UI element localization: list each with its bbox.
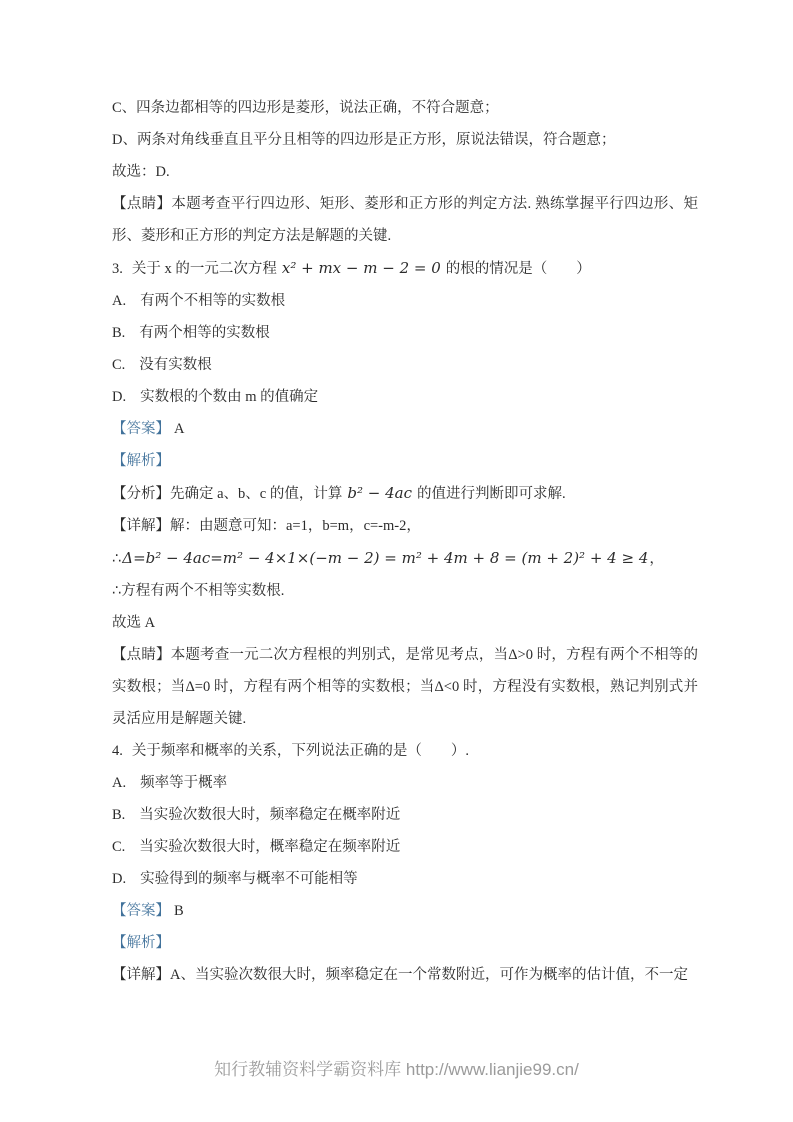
document-page: C、四条边都相等的四边形是菱形，说法正确，不符合题意； D、两条对角线垂直且平分…: [0, 0, 793, 1122]
prev-choose-line: 故选：D.: [112, 156, 698, 188]
answer-label: 【答案】: [112, 421, 170, 437]
discriminant-formula: Δ=b² − 4ac=m² − 4×1×(−m − 2) = m² + 4m +…: [122, 549, 648, 567]
analysis-text-suffix: 的值进行判断即可求解.: [417, 486, 566, 502]
explanation-label: 【解析】: [112, 453, 170, 469]
q3-option-d: D.实数根的个数由 m 的值确定: [112, 381, 698, 413]
q3-answer-line: 【答案】A: [112, 413, 698, 445]
q3-option-a: A.有两个不相等的实数根: [112, 285, 698, 317]
option-text: 实验得到的频率与概率不可能相等: [140, 871, 358, 887]
option-label: A.: [112, 293, 126, 309]
option-label: D.: [112, 389, 126, 405]
remark-text: 本题考查一元二次方程根的判别式，是常见考点，当Δ>0 时，方程有两个不相等的实数…: [112, 647, 698, 727]
option-label: B.: [112, 325, 125, 341]
detail-label: 【详解】: [112, 967, 170, 983]
option-text: 有两个相等的实数根: [139, 325, 270, 341]
stem-text: 关于 x 的一元二次方程: [132, 261, 277, 277]
option-text: 当实验次数很大时，概率稳定在频率附近: [139, 839, 400, 855]
option-text: 实数根的个数由 m 的值确定: [140, 389, 318, 405]
q3-delta-formula-line: ∴Δ=b² − 4ac=m² − 4×1×(−m − 2) = m² + 4m …: [112, 542, 698, 575]
detail-label: 【详解】: [112, 518, 170, 534]
prev-remark-paragraph: 【点睛】本题考查平行四边形、矩形、菱形和正方形的判定方法. 熟练掌握平行四边形、…: [112, 188, 698, 252]
option-label: D.: [112, 871, 126, 887]
analysis-label: 【分析】: [112, 486, 170, 502]
q3-detail-line: 【详解】解：由题意可知：a=1，b=m，c=-m-2，: [112, 510, 698, 542]
stem-text-suffix: 的根的情况是（ ）: [446, 261, 591, 277]
detail-text: 解：由题意可知：a=1，b=m，c=-m-2，: [170, 518, 421, 534]
q3-explanation-label-line: 【解析】: [112, 445, 698, 477]
answer-value: B: [174, 903, 184, 919]
therefore-symbol: ∴: [112, 551, 121, 567]
q4-option-b: B.当实验次数很大时，频率稳定在概率附近: [112, 799, 698, 831]
q4-option-c: C.当实验次数很大时，概率稳定在频率附近: [112, 831, 698, 863]
option-label: A.: [112, 775, 126, 791]
q3-conclusion-line: ∴方程有两个不相等实数根.: [112, 575, 698, 607]
option-text: 没有实数根: [139, 357, 212, 373]
answer-value: A: [174, 421, 184, 437]
analysis-text: 先确定 a、b、c 的值，计算: [170, 486, 342, 502]
option-text: 频率等于概率: [140, 775, 227, 791]
q3-option-c: C.没有实数根: [112, 349, 698, 381]
q3-remark-paragraph: 【点睛】本题考查一元二次方程根的判别式，是常见考点，当Δ>0 时，方程有两个不相…: [112, 639, 698, 735]
q4-option-a: A.频率等于概率: [112, 767, 698, 799]
exam-content: C、四条边都相等的四边形是菱形，说法正确，不符合题意； D、两条对角线垂直且平分…: [112, 92, 698, 991]
q4-detail-line: 【详解】A、当实验次数很大时，频率稳定在一个常数附近，可作为概率的估计值，不一定: [112, 959, 698, 991]
question-3-stem: 3.关于 x 的一元二次方程x² + mx − m − 2 = 0的根的情况是（…: [112, 252, 698, 285]
q4-answer-line: 【答案】B: [112, 895, 698, 927]
q3-choose-line: 故选 A: [112, 607, 698, 639]
detail-text: A、当实验次数很大时，频率稳定在一个常数附近，可作为概率的估计值，不一定: [170, 967, 688, 983]
remark-label: 【点睛】: [112, 647, 171, 663]
inline-formula: b² − 4ac: [347, 484, 412, 502]
q4-option-d: D.实验得到的频率与概率不可能相等: [112, 863, 698, 895]
footer-watermark-text: 知行教辅资料学霸资料库 http://www.lianjie99.cn/: [214, 1060, 579, 1079]
option-text: 有两个不相等的实数根: [140, 293, 285, 309]
formula-punctuation: ，: [649, 551, 664, 567]
prev-analysis-line-d: D、两条对角线垂直且平分且相等的四边形是正方形，原说法错误，符合题意；: [112, 124, 698, 156]
prev-analysis-line-c: C、四条边都相等的四边形是菱形，说法正确，不符合题意；: [112, 92, 698, 124]
q3-analysis-line: 【分析】先确定 a、b、c 的值，计算b² − 4ac的值进行判断即可求解.: [112, 477, 698, 510]
option-label: C.: [112, 357, 125, 373]
remark-text: 本题考查平行四边形、矩形、菱形和正方形的判定方法. 熟练掌握平行四边形、矩形、菱…: [112, 196, 698, 244]
question-4-stem: 4.关于频率和概率的关系，下列说法正确的是（ ）.: [112, 735, 698, 767]
q4-explanation-label-line: 【解析】: [112, 927, 698, 959]
option-text: 当实验次数很大时，频率稳定在概率附近: [139, 807, 400, 823]
q3-option-b: B.有两个相等的实数根: [112, 317, 698, 349]
remark-label: 【点睛】: [112, 196, 171, 212]
page-footer: 知行教辅资料学霸资料库 http://www.lianjie99.cn/: [0, 1057, 793, 1083]
question-number: 4.: [112, 743, 123, 759]
option-label: C.: [112, 839, 125, 855]
answer-label: 【答案】: [112, 903, 170, 919]
inline-formula: x² + mx − m − 2 = 0: [282, 259, 441, 277]
stem-text: 关于频率和概率的关系，下列说法正确的是（ ）.: [132, 743, 469, 759]
explanation-label: 【解析】: [112, 935, 170, 951]
option-label: B.: [112, 807, 125, 823]
question-number: 3.: [112, 261, 123, 277]
